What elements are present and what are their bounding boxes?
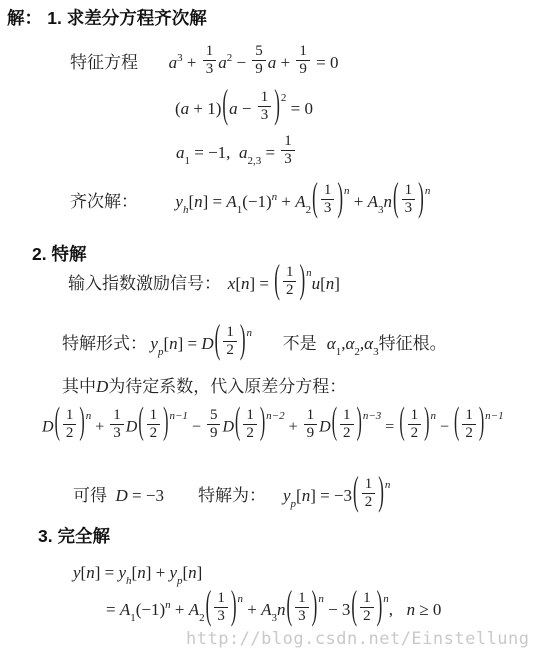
math-run: n	[169, 334, 178, 353]
math-run: a	[169, 53, 178, 72]
math-run: +	[285, 419, 302, 436]
math-run: 1	[336, 346, 342, 358]
text-run: 3. 完全解	[38, 526, 110, 546]
math-run: n	[188, 563, 197, 582]
math-run: a	[268, 53, 277, 72]
math-run: 2	[281, 92, 287, 104]
big-paren: (	[286, 580, 292, 630]
math-run: = 0	[286, 99, 313, 118]
fraction: 13	[214, 590, 228, 625]
math-run: 2	[354, 346, 360, 358]
math-run: n	[241, 274, 250, 293]
math-run: α	[327, 334, 336, 353]
math-run: n	[385, 479, 391, 491]
big-paren: (	[274, 254, 280, 304]
big-paren: (	[351, 580, 357, 630]
big-paren: )	[260, 400, 265, 447]
fraction: 59	[252, 43, 266, 78]
math-run: D	[126, 419, 138, 436]
big-paren: )	[79, 400, 84, 447]
math-run: n	[383, 593, 389, 605]
math-run: D	[116, 486, 128, 505]
math-run: n	[137, 563, 146, 582]
line-input-signal: 输入指数激励信号：x[n] = (12)nu[n]	[68, 267, 340, 302]
big-paren: )	[274, 79, 280, 129]
big-paren: )	[299, 254, 305, 304]
math-run: −	[188, 419, 205, 436]
math-run: y	[118, 563, 126, 582]
math-run: (−1)	[242, 192, 271, 211]
math-run: −	[232, 53, 250, 72]
heading-step3: 3. 完全解	[38, 526, 110, 548]
math-run: = 0	[312, 53, 339, 72]
big-paren: )	[357, 400, 362, 447]
line-substituted-equation: D(12)n + 13D(12)n−1 − 59D(12)n−2 + 19D(1…	[42, 410, 504, 445]
math-run: 3	[378, 204, 384, 216]
line-final-answer: = A1(−1)n + A2(13)n + A3n(13)n − 3(12)n,…	[106, 593, 441, 628]
math-run: n	[425, 185, 431, 197]
math-run: 1	[237, 204, 243, 216]
math-run: ]	[334, 274, 340, 293]
math-run: (−1)	[136, 600, 165, 619]
line-roots: a1 = −1,a2,3 = 13	[176, 136, 297, 171]
math-run: =	[106, 600, 120, 619]
math-run: =	[381, 419, 398, 436]
math-run: D	[42, 419, 54, 436]
math-run: =	[261, 143, 279, 162]
math-run: 3	[271, 612, 277, 624]
big-paren: (	[206, 580, 212, 630]
fraction: 12	[243, 407, 257, 442]
math-run: h	[126, 575, 132, 587]
math-run: n	[277, 600, 286, 619]
math-run: = −1,	[190, 143, 230, 162]
math-run: 1	[185, 155, 191, 167]
math-run: n	[318, 593, 324, 605]
fraction: 59	[207, 407, 221, 442]
text-run: 输入指数激励信号：	[68, 274, 221, 293]
math-run: n	[383, 192, 392, 211]
math-run: + 1)	[189, 99, 221, 118]
text-run: 特解为：	[198, 486, 266, 505]
text-run: 解：	[7, 8, 42, 28]
math-run: n	[237, 593, 243, 605]
math-run: −	[436, 419, 453, 436]
math-run: 1	[130, 612, 136, 624]
big-paren: (	[399, 400, 404, 447]
math-run: D	[201, 334, 213, 353]
big-paren: (	[454, 400, 459, 447]
big-paren: (	[222, 79, 228, 129]
math-run: ] +	[146, 563, 170, 582]
math-run: a	[176, 143, 185, 162]
math-run: n	[86, 563, 95, 582]
fraction: 12	[223, 324, 237, 359]
math-run: D	[319, 419, 331, 436]
math-run: n	[246, 327, 252, 339]
fraction: 12	[283, 264, 297, 299]
math-run: A	[295, 192, 305, 211]
text-run: 不是	[283, 334, 317, 353]
math-run: n−1	[169, 410, 187, 422]
big-paren: )	[378, 466, 384, 516]
line-factored-equation: (a + 1)(a − 13)2 = 0	[175, 92, 313, 127]
math-run: ]	[197, 563, 203, 582]
math-run: α	[364, 334, 373, 353]
fraction: 13	[281, 133, 295, 168]
math-run: a	[229, 99, 238, 118]
heading-step1: 解：1. 求差分方程齐次解	[7, 8, 207, 30]
math-run: +	[91, 419, 108, 436]
text-run: 可得	[73, 486, 107, 505]
math-run: A	[189, 600, 199, 619]
solution-document: 解：1. 求差分方程齐次解特征方程a3 + 13a2 − 59a + 19 = …	[0, 0, 533, 657]
math-run: +	[277, 192, 295, 211]
math-run: +	[350, 192, 368, 211]
math-run: = −3	[128, 486, 164, 505]
big-paren: (	[353, 466, 359, 516]
line-substitute: 其中D为待定系数，代入原差分方程：	[62, 376, 346, 397]
fraction: 12	[340, 407, 354, 442]
math-run: ] =	[250, 274, 274, 293]
math-run: +	[276, 53, 294, 72]
text-run: 其中	[62, 377, 96, 396]
text-run: 特征方程	[70, 53, 138, 72]
math-run: +	[171, 600, 189, 619]
math-run: p	[177, 575, 183, 587]
math-run: n	[302, 486, 311, 505]
text-run: 1. 求差分方程齐次解	[47, 8, 206, 28]
math-run: n	[86, 410, 92, 422]
big-paren: )	[312, 580, 318, 630]
math-run: a	[181, 99, 190, 118]
math-run: 2	[306, 204, 312, 216]
fraction: 13	[110, 407, 124, 442]
big-paren: (	[235, 400, 240, 447]
text-run: 齐次解：	[70, 192, 138, 211]
math-run: n	[407, 600, 416, 619]
big-paren: (	[138, 400, 143, 447]
math-run: A	[261, 600, 271, 619]
math-run: ] = −3	[310, 486, 352, 505]
fraction: 13	[258, 89, 272, 124]
fraction: 12	[63, 407, 77, 442]
math-run: ,	[389, 600, 393, 619]
math-run: D	[222, 419, 234, 436]
math-run: A	[226, 192, 236, 211]
big-paren: )	[377, 580, 383, 630]
heading-step2: 2. 特解	[32, 244, 86, 266]
big-paren: )	[479, 400, 484, 447]
math-run: 2	[199, 612, 205, 624]
fraction: 19	[304, 407, 318, 442]
math-run: n−2	[266, 410, 284, 422]
math-run: −	[238, 99, 256, 118]
fraction: 13	[402, 182, 416, 217]
math-run: n	[326, 274, 335, 293]
math-run: h	[183, 204, 189, 216]
big-paren: )	[240, 314, 246, 364]
line-coefficient-result: 可得D = −3特解为：yp[n] = −3(12)n	[73, 479, 390, 514]
math-run: n	[306, 267, 312, 279]
math-run: y	[283, 486, 291, 505]
math-run: 2,3	[247, 155, 261, 167]
math-run: p	[291, 498, 297, 510]
line-characteristic-equation: 特征方程a3 + 13a2 − 59a + 19 = 0	[70, 46, 338, 81]
fraction: 12	[362, 476, 376, 511]
text-run: 特解形式：	[62, 334, 147, 353]
big-paren: )	[337, 172, 343, 222]
big-paren: (	[312, 172, 318, 222]
math-run: a	[218, 53, 227, 72]
math-run: n	[344, 185, 350, 197]
line-complete-solution: y[n] = yh[n] + yp[n]	[73, 562, 202, 587]
math-run: − 3	[324, 600, 351, 619]
math-run: y	[73, 563, 81, 582]
line-particular-form: 特解形式：yp[n] = D(12)n不是α1,α2,α3特征根。	[62, 327, 447, 362]
fraction: 13	[295, 590, 309, 625]
math-run: A	[120, 600, 130, 619]
math-run: 3	[373, 346, 379, 358]
big-paren: )	[418, 172, 424, 222]
big-paren: (	[55, 400, 60, 447]
math-run: n−1	[485, 410, 503, 422]
big-paren: )	[424, 400, 429, 447]
line-homogeneous-solution: 齐次解：yh[n] = A1(−1)n + A2(13)n + A3n(13)n	[70, 185, 430, 220]
big-paren: )	[231, 580, 237, 630]
math-run: ≥ 0	[415, 600, 441, 619]
fraction: 12	[360, 590, 374, 625]
text-run: 2. 特解	[32, 244, 86, 264]
math-run: D	[96, 377, 108, 396]
math-run: A	[368, 192, 378, 211]
math-run: ] =	[178, 334, 202, 353]
math-run: n	[194, 192, 203, 211]
math-run: ] =	[95, 563, 119, 582]
fraction: 13	[203, 43, 217, 78]
big-paren: (	[332, 400, 337, 447]
fraction: 12	[408, 407, 422, 442]
math-run: n	[430, 410, 436, 422]
math-run: n−3	[363, 410, 381, 422]
text-run: 为待定系数，代入原差分方程：	[108, 377, 346, 396]
math-run: +	[243, 600, 261, 619]
solution-page: http://blog.csdn.net/Einstellung 解：1. 求差…	[0, 0, 533, 657]
math-run: +	[183, 53, 201, 72]
math-run: u	[312, 274, 321, 293]
fraction: 12	[462, 407, 476, 442]
fraction: 19	[296, 43, 310, 78]
big-paren: )	[163, 400, 168, 447]
fraction: 13	[321, 182, 335, 217]
math-run: y	[169, 563, 177, 582]
math-run: y	[175, 192, 183, 211]
big-paren: (	[215, 314, 221, 364]
math-run: y	[150, 334, 158, 353]
math-run: p	[158, 346, 164, 358]
text-run: 特征根。	[379, 334, 447, 353]
big-paren: (	[393, 172, 399, 222]
fraction: 12	[147, 407, 161, 442]
math-run: ] =	[203, 192, 227, 211]
